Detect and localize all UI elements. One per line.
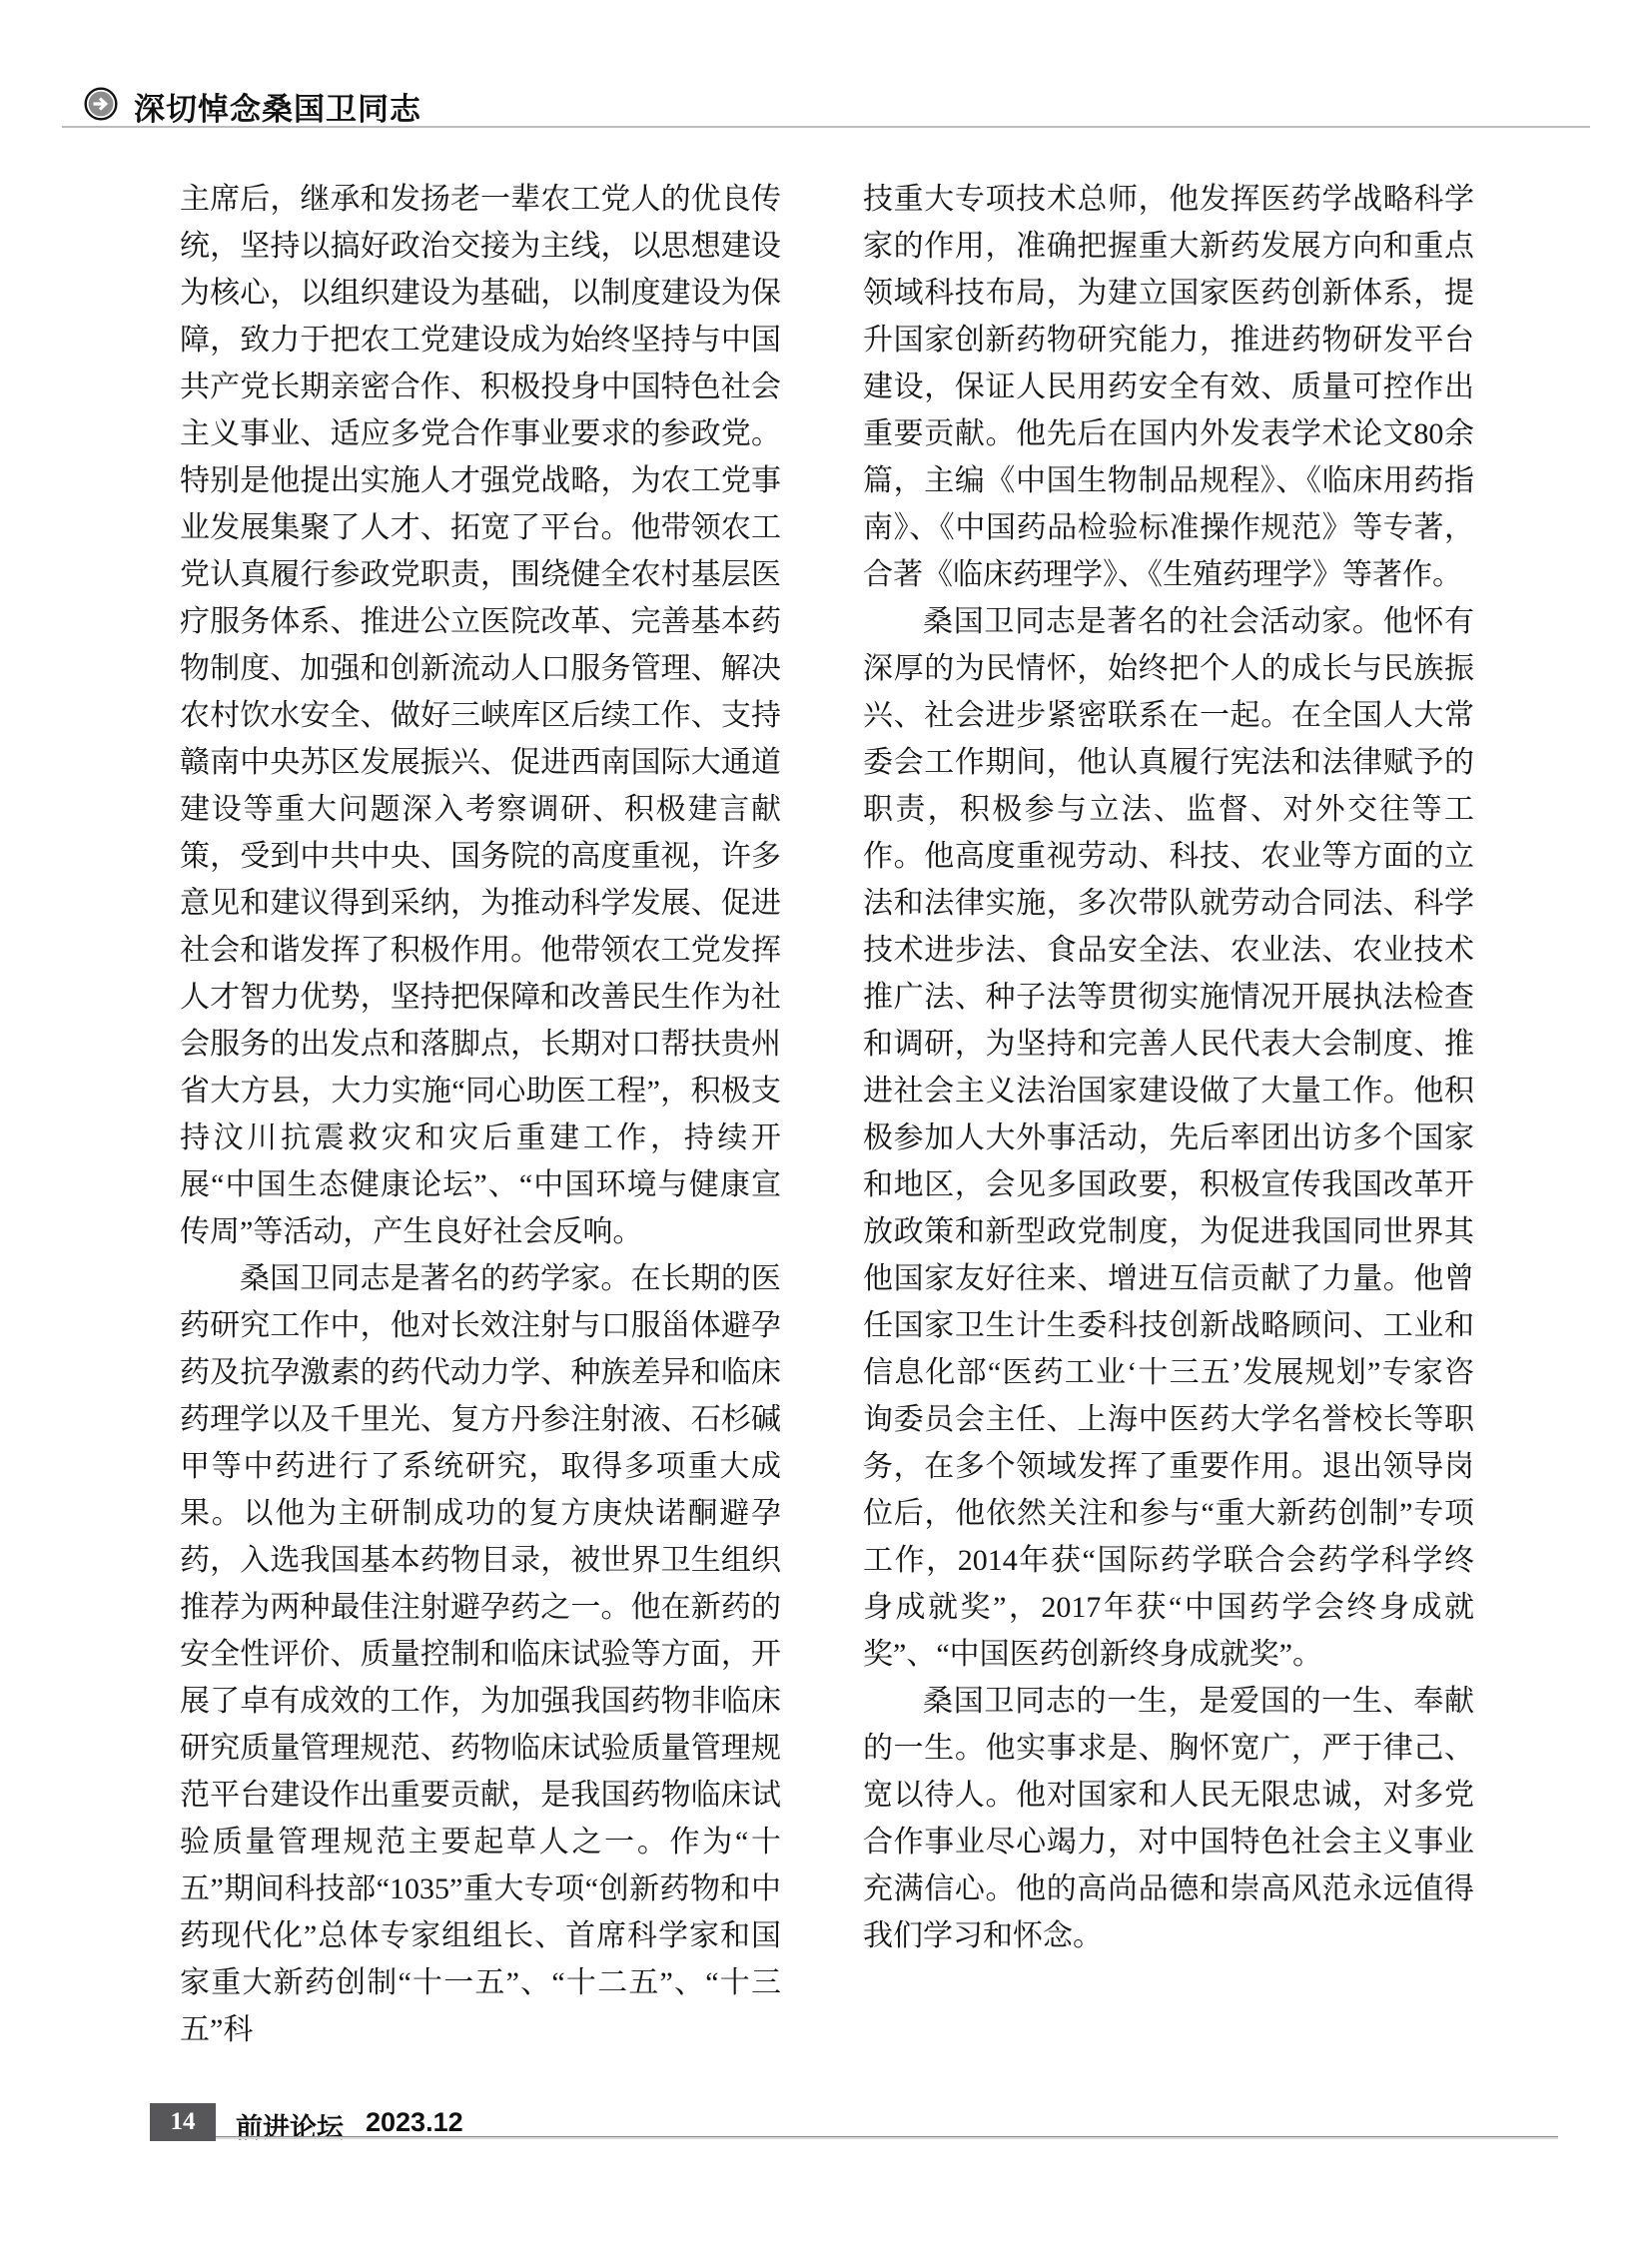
page-number-badge: 14: [150, 2103, 216, 2141]
paragraph-continuation: 主席后，继承和发扬老一辈农工党人的优良传统，坚持以搞好政治交接为主线，以思想建设…: [180, 176, 781, 1255]
paragraph: 桑国卫同志是著名的药学家。在长期的医药研究工作中，他对长效注射与口服甾体避孕药及…: [180, 1255, 781, 2053]
issue-number: 2023.12: [366, 2107, 463, 2138]
arrow-right-circle-icon: [84, 87, 118, 126]
footer-divider: [216, 2136, 1558, 2139]
left-column: 主席后，继承和发扬老一辈农工党人的优良传统，坚持以搞好政治交接为主线，以思想建设…: [180, 176, 781, 2053]
header-divider: [62, 126, 1590, 128]
paragraph: 桑国卫同志的一生，是爱国的一生、奉献的一生。他实事求是、胸怀宽广，严于律己、宽以…: [863, 1678, 1474, 1959]
article-body: 主席后，继承和发扬老一辈农工党人的优良传统，坚持以搞好政治交接为主线，以思想建设…: [180, 176, 1474, 2053]
right-column: 技重大专项技术总师，他发挥医药学战略科学家的作用，准确把握重大新药发展方向和重点…: [863, 176, 1474, 2053]
journal-name: 前进论坛: [236, 2106, 344, 2145]
page-title: 深切悼念桑国卫同志: [134, 84, 421, 129]
paragraph: 桑国卫同志是著名的社会活动家。他怀有深厚的为民情怀，始终把个人的成长与民族振兴、…: [863, 598, 1474, 1678]
page-header: 深切悼念桑国卫同志: [84, 84, 421, 129]
paragraph-continuation: 技重大专项技术总师，他发挥医药学战略科学家的作用，准确把握重大新药发展方向和重点…: [863, 176, 1474, 598]
